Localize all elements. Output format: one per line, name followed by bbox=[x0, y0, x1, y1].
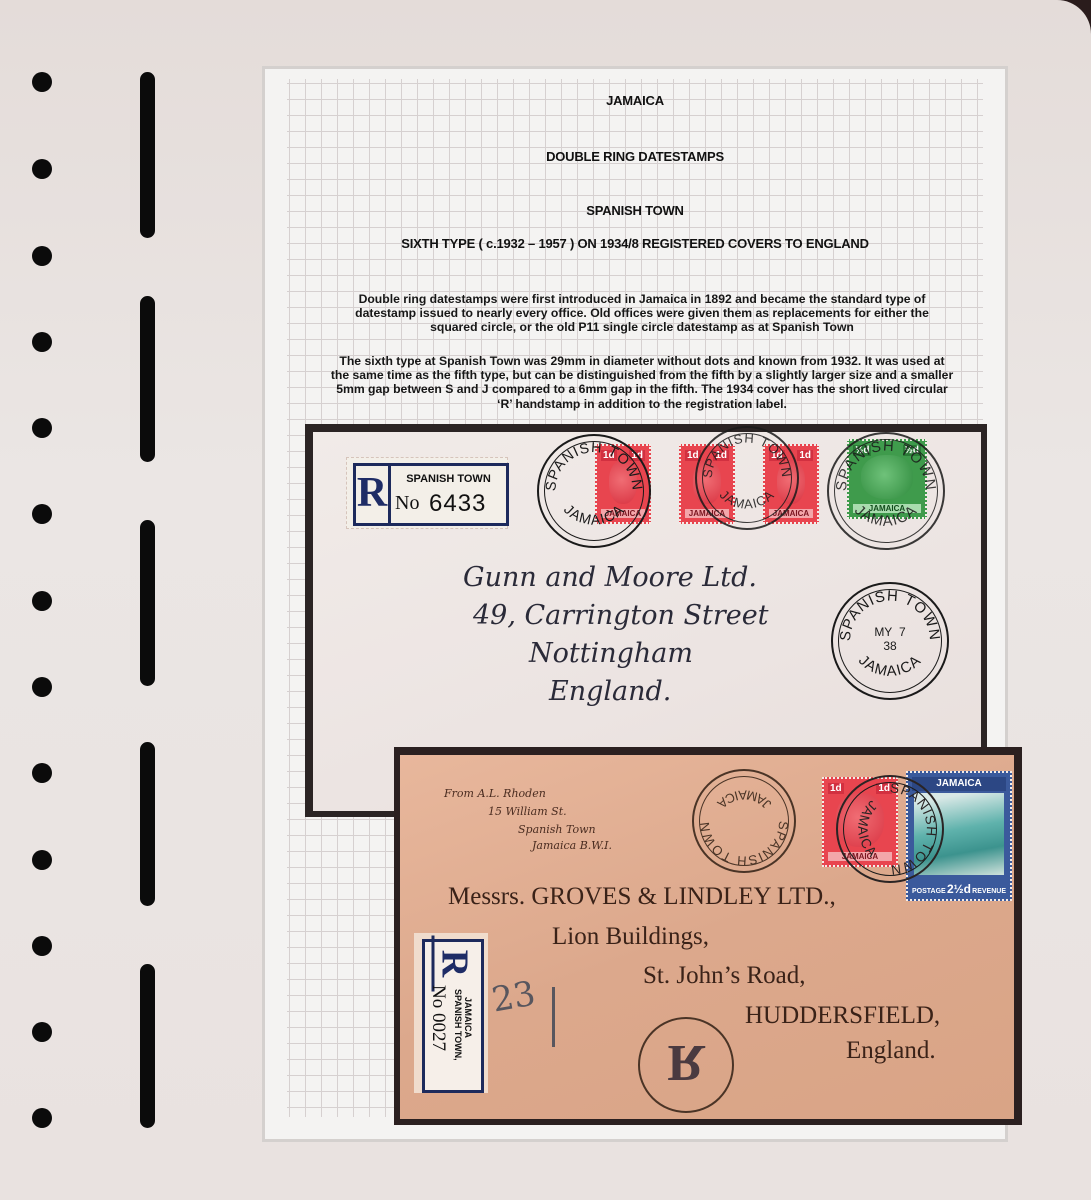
svg-text:JAMAICA: JAMAICA bbox=[851, 502, 921, 530]
registration-label: R SPANISH TOWN No 6433 bbox=[346, 457, 508, 529]
registration-letter: R bbox=[432, 936, 475, 992]
binder-hole bbox=[32, 763, 52, 783]
binder-slot bbox=[140, 520, 155, 686]
binder-slot bbox=[140, 72, 155, 238]
postmark: SPANISH TOWN JAMAICA bbox=[695, 426, 799, 530]
svg-text:SPANISH TOWN: SPANISH TOWN bbox=[838, 588, 942, 641]
postmark: SPANISH TOWN JAMAICA bbox=[836, 775, 944, 883]
binder-hole bbox=[32, 332, 52, 352]
svg-text:SPANISH TOWN: SPANISH TOWN bbox=[889, 780, 939, 877]
postmark: SPANISH TOWN JAMAICA bbox=[827, 432, 945, 550]
address-line: Gunn and Moore Ltd. bbox=[463, 562, 757, 593]
binder-slot bbox=[140, 964, 155, 1128]
registration-number-line: No 0027 bbox=[427, 985, 449, 1051]
registration-country: JAMAICA bbox=[463, 997, 473, 1038]
svg-text:JAMAICA: JAMAICA bbox=[560, 502, 627, 529]
sender-line: Jamaica B.W.I. bbox=[532, 839, 612, 852]
r-handstamp: R bbox=[638, 1017, 734, 1113]
registration-office: SPANISH TOWN, bbox=[453, 989, 463, 1061]
address-line: HUDDERSFIELD, bbox=[745, 1002, 940, 1030]
registration-letter: R bbox=[356, 466, 391, 523]
postmark: SPANISH TOWN JAMAICA bbox=[692, 769, 796, 873]
binder-hole bbox=[32, 1022, 52, 1042]
page-title: JAMAICA bbox=[262, 93, 1008, 108]
address-line: Nottingham bbox=[529, 638, 693, 669]
svg-text:SPANISH TOWN: SPANISH TOWN bbox=[700, 430, 795, 478]
sender-line: 15 William St. bbox=[488, 805, 567, 818]
svg-text:SPANISH TOWN: SPANISH TOWN bbox=[543, 440, 645, 492]
binder-hole bbox=[32, 418, 52, 438]
address-line: St. John’s Road, bbox=[643, 962, 806, 990]
intro-paragraph: Double ring datestamps were first introd… bbox=[330, 292, 954, 335]
binder-hole bbox=[32, 591, 52, 611]
page-subtitle: DOUBLE RING DATESTAMPS bbox=[262, 149, 1008, 164]
address-line: Messrs. GROVES & LINDLEY LTD., bbox=[448, 883, 836, 911]
pencil-stroke bbox=[552, 987, 555, 1047]
cover-1934: From A.L. Rhoden 15 William St. Spanish … bbox=[394, 747, 1022, 1125]
binder-slot bbox=[140, 742, 155, 906]
postmark: SPANISH TOWN JAMAICA bbox=[537, 434, 651, 548]
binder-hole bbox=[32, 504, 52, 524]
address-line: England. bbox=[549, 676, 671, 707]
svg-text:JAMAICA: JAMAICA bbox=[717, 487, 777, 512]
binder-hole bbox=[32, 936, 52, 956]
address-line: Lion Buildings, bbox=[552, 923, 709, 951]
envelope: From A.L. Rhoden 15 William St. Spanish … bbox=[400, 755, 1014, 1119]
registration-number: 6433 bbox=[429, 490, 486, 518]
location-heading: SPANISH TOWN bbox=[262, 203, 1008, 218]
address-line: 49, Carrington Street bbox=[473, 600, 769, 631]
registration-no-prefix: No bbox=[395, 492, 419, 515]
binder-hole bbox=[32, 72, 52, 92]
registration-label: R No 0027 SPANISH TOWN, JAMAICA bbox=[414, 933, 488, 1093]
description-paragraph: The sixth type at Spanish Town was 29mm … bbox=[330, 354, 954, 411]
binder-hole bbox=[32, 246, 52, 266]
binder-slot bbox=[140, 296, 155, 462]
svg-text:SPANISH TOWN: SPANISH TOWN bbox=[697, 820, 792, 868]
postmark-clear: SPANISH TOWN JAMAICA MY 738 bbox=[831, 582, 949, 700]
svg-text:JAMAICA: JAMAICA bbox=[714, 787, 774, 812]
type-heading: SIXTH TYPE ( c.1932 – 1957 ) ON 1934/8 R… bbox=[262, 236, 1008, 251]
binder-hole bbox=[32, 850, 52, 870]
album-page: JAMAICA DOUBLE RING DATESTAMPS SPANISH T… bbox=[0, 0, 1091, 1200]
registration-office: SPANISH TOWN bbox=[391, 473, 506, 485]
binder-hole bbox=[32, 159, 52, 179]
binder-hole bbox=[32, 677, 52, 697]
binder-hole bbox=[32, 1108, 52, 1128]
sender-line: Spanish Town bbox=[518, 823, 596, 836]
address-line: England. bbox=[846, 1037, 936, 1065]
svg-text:JAMAICA: JAMAICA bbox=[855, 652, 925, 680]
sender-line: From A.L. Rhoden bbox=[444, 787, 546, 800]
pencil-note: 23 bbox=[489, 974, 539, 1021]
svg-text:SPANISH TOWN: SPANISH TOWN bbox=[834, 438, 938, 491]
svg-text:JAMAICA: JAMAICA bbox=[855, 798, 880, 861]
